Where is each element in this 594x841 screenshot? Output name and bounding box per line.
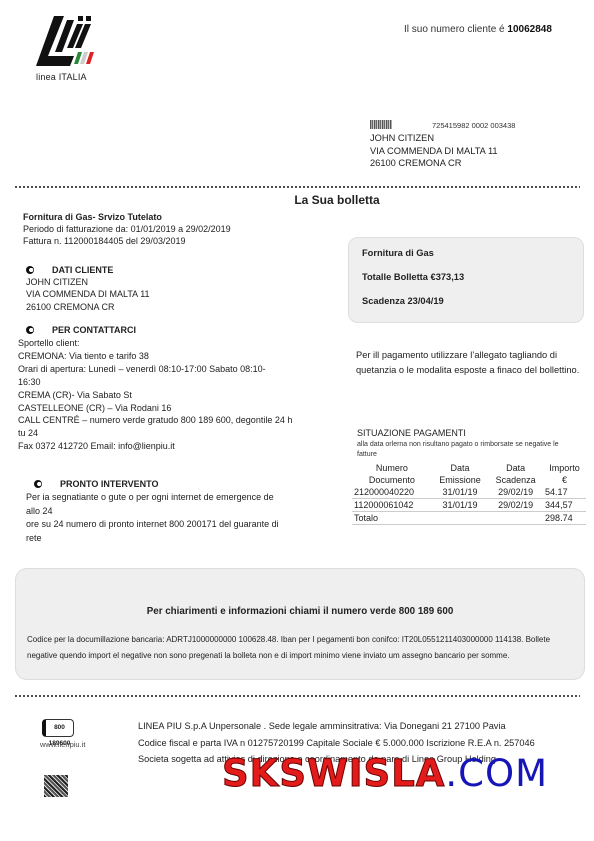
contact-line: Sportello client:: [18, 337, 292, 350]
total-label: Totalo: [352, 512, 543, 525]
bullet-icon: [26, 326, 34, 334]
watermark-red: SKSWISLA: [222, 752, 445, 795]
bill-title: La Sua bolletta: [0, 193, 594, 207]
contact-line: 16:30: [18, 376, 292, 389]
table-cell: 31/01/19: [432, 499, 489, 512]
bill-details: Fornitura di Gas- Srvizo Tutelato Period…: [23, 211, 231, 248]
barcode-icon: [370, 120, 392, 129]
watermark: SKSWISLA.COM: [222, 752, 548, 795]
table-cell: 31/01/19: [432, 486, 489, 499]
emergency-details: Per ia segnatiante o gute o per ogni int…: [26, 491, 326, 545]
contact-line: CREMONA: Via tiento e tarifo 38: [18, 350, 292, 363]
payments-table: NumeroDocumentoDataEmissioneDataScadenza…: [352, 462, 586, 525]
contact-line: CALL CENTRÉ – numero verde gratudo 800 1…: [18, 414, 292, 427]
table-cell: 344,57: [543, 499, 586, 512]
linea-italia-logo: [34, 14, 98, 74]
logo-text: linea ITALIA: [36, 72, 87, 82]
bill-period: Periodo di fatturazione da: 01/01/2019 a…: [23, 223, 231, 235]
watermark-blue: .COM: [445, 752, 548, 795]
table-cell: 29/02/19: [488, 486, 543, 499]
total-value: 298.74: [543, 512, 586, 525]
info-text: Codice per la documillazione bancaria: A…: [27, 632, 577, 663]
emergency-line: allo 24: [26, 505, 326, 519]
bill-service: Fornitura di Gas- Srvizo Tutelato: [23, 211, 231, 223]
customer-data-section: DATI CLIENTE JOHN CITIZEN VIA COMMENDA D…: [26, 264, 150, 313]
contact-heading-row: PER CONTATTARCI: [26, 324, 136, 336]
column-header: DataScadenza: [488, 462, 543, 486]
contact-heading: PER CONTATTARCI: [52, 325, 136, 335]
table-row: 11200006104231/01/1929/02/19344,57: [352, 499, 586, 512]
summary-due-date: Scadenza 23/04/19: [362, 296, 570, 306]
info-box: [15, 568, 585, 680]
emergency-heading: PRONTO INTERVENTO: [60, 479, 159, 489]
bullet-icon: [34, 480, 42, 488]
customer-street: VIA COMMENDA DI MALTA 11: [26, 288, 150, 300]
contact-line: Fax 0372 412720 Email: info@lienpiu.it: [18, 440, 292, 453]
contact-line: Orari di apertura: Lunedì – venerdì 08:1…: [18, 363, 292, 376]
company-line: Codice fiscal e parta IVA n 01275720199 …: [138, 735, 535, 752]
summary-supply: Fornitura di Gas: [362, 248, 570, 258]
customer-data-heading: DATI CLIENTE: [52, 265, 113, 275]
phone-badge: 800 189600: [42, 719, 74, 737]
contact-details: Sportello client:CREMONA: Via tiento e t…: [18, 337, 292, 453]
table-row: 21200004022031/01/1929/02/1954.17: [352, 486, 586, 499]
client-number-value: 10062848: [507, 24, 552, 35]
dotted-divider: [14, 695, 580, 697]
contact-line: tu 24: [18, 427, 292, 440]
company-line: LINEA PIU S.p.A Unpersonale . Sede legal…: [138, 718, 535, 735]
summary-total: Totalle Bolletta €373,13: [362, 272, 570, 282]
column-header: DataEmissione: [432, 462, 489, 486]
table-cell: 212000040220: [352, 486, 432, 499]
contact-line: CREMA (CR)- Via Sabato St: [18, 389, 292, 402]
table-cell: 54.17: [543, 486, 586, 499]
customer-name: JOHN CITIZEN: [26, 276, 150, 288]
recipient-name: JOHN CITIZEN: [370, 132, 498, 145]
table-cell: 29/02/19: [488, 499, 543, 512]
emergency-heading-row: PRONTO INTERVENTO: [34, 478, 159, 490]
recipient-city: 26100 CREMONA CR: [370, 157, 498, 170]
recipient-street: VIA COMMENDA DI MALTA 11: [370, 145, 498, 158]
table-total-row: Totalo298.74: [352, 512, 586, 525]
bullet-icon: [26, 266, 34, 274]
qr-code-icon: [44, 775, 68, 797]
client-number: Il suo numero cliente é 10062848: [404, 24, 552, 35]
website-link[interactable]: www.lienpiu.it: [40, 740, 85, 749]
payments-table-header: NumeroDocumentoDataEmissioneDataScadenza…: [352, 462, 586, 486]
info-title: Per chiarimenti e informazioni chiami il…: [15, 606, 585, 617]
client-number-label: Il suo numero cliente é: [404, 24, 505, 35]
emergency-line: Per ia segnatiante o gute o per ogni int…: [26, 491, 326, 505]
emergency-line: rete: [26, 532, 326, 546]
column-header: NumeroDocumento: [352, 462, 432, 486]
recipient-code: 725415982 0002 003438: [432, 121, 515, 130]
payment-instructions: Per ill pagamento utilizzare l’allegato …: [356, 348, 584, 378]
emergency-line: ore su 24 numero di pronto internet 800 …: [26, 518, 326, 532]
dotted-divider: [14, 186, 580, 188]
recipient-address: JOHN CITIZEN VIA COMMENDA DI MALTA 11 26…: [370, 132, 498, 170]
contact-line: CASTELLEONE (CR) – Via Rodani 16: [18, 402, 292, 415]
payments-note: alla data orlerna non risultano pagato o…: [357, 440, 577, 459]
column-header: Importo€: [543, 462, 586, 486]
bill-invoice: Fattura n. 112000184405 del 29/03/2019: [23, 235, 231, 247]
bill-summary-box: Fornitura di Gas Totalle Bolletta €373,1…: [348, 237, 584, 323]
table-cell: 112000061042: [352, 499, 432, 512]
customer-city: 26100 CREMONA CR: [26, 301, 150, 313]
payments-title: SITUAZIONE PAGAMENTI: [357, 428, 466, 438]
